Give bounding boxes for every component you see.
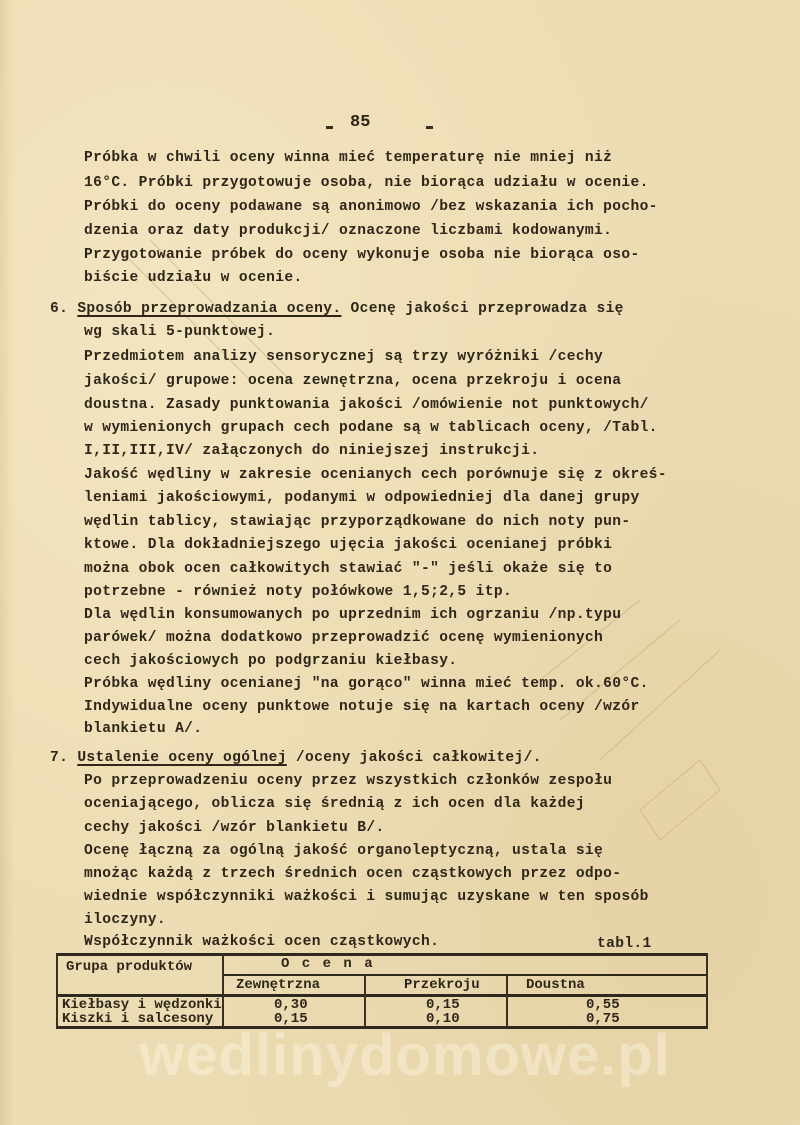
table-header-score: O c e n a (281, 956, 375, 972)
text-line: biście udziału w ocenie. (84, 268, 303, 288)
section-6-heading-line: 6. Sposób przeprowadzania oceny. Ocenę j… (50, 299, 624, 319)
text-line: blankietu A/. (84, 719, 202, 739)
table-caption: Współczynnik ważkości ocen cząstkowych. (84, 932, 439, 952)
table-rule (223, 974, 708, 976)
document-page: 85 Próbka w chwili oceny winna mieć temp… (0, 0, 800, 1125)
text-line: można obok ocen całkowitych stawiać "-" … (84, 559, 612, 579)
text-line: cech jakościowych po podgrzaniu kiełbasy… (84, 651, 457, 671)
dash-decoration (326, 126, 333, 129)
section-heading-rest: /oceny jakości całkowitej/. (287, 750, 542, 766)
text-line: oceniającego, oblicza się średnią z ich … (84, 794, 585, 814)
text-line: iloczyny. (84, 910, 166, 930)
text-line: Po przeprowadzeniu oceny przez wszystkic… (84, 771, 612, 791)
text-line: Indywidualne oceny punktowe notuje się n… (84, 697, 640, 717)
table-rule (56, 953, 58, 1028)
text-line: jakości/ grupowe: ocena zewnętrzna, ocen… (84, 371, 621, 391)
text-line: mnożąc każdą z trzech średnich ocen cząs… (84, 864, 621, 884)
table-rule (56, 953, 708, 956)
weighting-table: Grupa produktów O c e n a Zewnętrzna Prz… (56, 953, 708, 1028)
section-number: 7. (50, 750, 68, 766)
text-line: 16°C. Próbki przygotowuje osoba, nie bio… (84, 173, 649, 193)
text-line: w wymienionych grupach cech podane są w … (84, 418, 658, 438)
table-row-group: Kiszki i salcesony (62, 1011, 213, 1027)
table-col-header: Zewnętrzna (236, 977, 320, 993)
text-line: doustna. Zasady punktowania jakości /omó… (84, 395, 649, 415)
text-line: Przedmiotem analizy sensorycznej są trzy… (84, 347, 603, 367)
text-line: dzenia oraz daty produkcji/ oznaczone li… (84, 221, 612, 241)
text-line: ktowe. Dla dokładniejszego ujęcia jakośc… (84, 535, 612, 555)
text-line: I,II,III,IV/ załączonych do niniejszej i… (84, 441, 539, 461)
text-line: potrzebne - również noty połówkowe 1,5;2… (84, 582, 512, 602)
text-line: Przygotowanie próbek do oceny wykonuje o… (84, 245, 640, 265)
text-line: cechy jakości /wzór blankietu B/. (84, 818, 385, 838)
table-cell: 0,75 (586, 1011, 620, 1027)
text-line: Jakość wędliny w zakresie ocenianych cec… (84, 465, 667, 485)
table-rule (222, 953, 224, 1028)
text-line: Próbki do oceny podawane są anonimowo /b… (84, 197, 658, 217)
table-label: tabl.1 (597, 934, 652, 954)
section-heading: Sposób przeprowadzania oceny. (77, 301, 341, 317)
text-line: leniami jakościowymi, podanymi w odpowie… (84, 488, 640, 508)
table-rule (706, 953, 708, 1028)
text-line: Ocenę łączną za ogólną jakość organolept… (84, 841, 603, 861)
text-line: wg skali 5-punktowej. (84, 322, 275, 342)
dash-decoration (426, 126, 433, 129)
text-line: wędlin tablicy, stawiając przyporządkowa… (84, 512, 630, 532)
section-heading-rest: Ocenę jakości przeprowadza się (341, 301, 623, 317)
table-cell: 0,10 (426, 1011, 460, 1027)
text-line: wiednie współczynniki ważkości i sumując… (84, 887, 649, 907)
text-line: Próbka wędliny ocenianej "na gorąco" win… (84, 674, 649, 694)
section-number: 6. (50, 301, 68, 317)
table-header-group: Grupa produktów (66, 959, 192, 975)
table-cell: 0,15 (274, 1011, 308, 1027)
section-heading: Ustalenie oceny ogólnej (77, 750, 286, 766)
text-line: parówek/ można dodatkowo przeprowadzić o… (84, 628, 603, 648)
section-7-heading-line: 7. Ustalenie oceny ogólnej /oceny jakośc… (50, 748, 542, 768)
table-rule (506, 975, 508, 1028)
site-watermark: wedlinydomowe.pl (80, 1022, 730, 1089)
table-col-header: Przekroju (404, 977, 480, 993)
table-col-header: Doustna (526, 977, 585, 993)
page-number-text: 85 (350, 113, 370, 132)
table-rule (364, 975, 366, 1028)
text-line: Dla wędlin konsumowanych po uprzednim ic… (84, 605, 621, 625)
text-line: Próbka w chwili oceny winna mieć tempera… (84, 148, 612, 168)
